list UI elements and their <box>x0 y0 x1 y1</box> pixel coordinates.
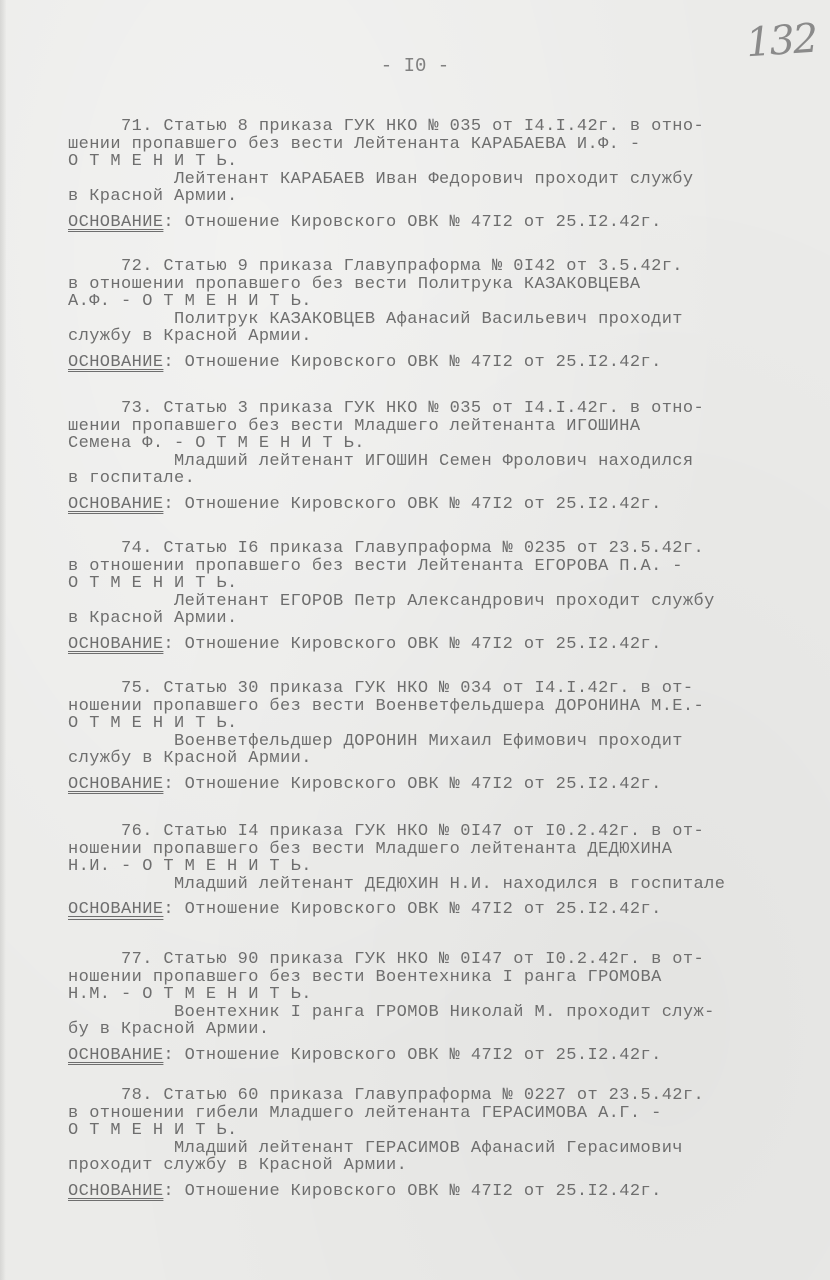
basis-text: : Отношение Кировского ОВК № 47I2 от 25.… <box>163 635 661 654</box>
entry-line: Младший лейтенант ДЕДЮХИН Н.И. находился… <box>68 876 828 894</box>
entry-line: 77. Статью 90 приказа ГУК НКО № 0I47 от … <box>68 951 828 969</box>
entry-line: в Красной Армии. <box>68 188 828 206</box>
entry-line: в госпитале. <box>68 470 828 488</box>
entry-line: в отношении гибели Младшего лейтенанта Г… <box>68 1105 828 1123</box>
entry-line: шении пропавшего без вести Младшего лейт… <box>68 418 828 436</box>
entry-line: Политрук КАЗАКОВЦЕВ Афанасий Васильевич … <box>68 311 828 329</box>
order-entry: 76. Статью I4 приказа ГУК НКО № 0I47 от … <box>68 823 828 919</box>
basis-label: ОСНОВАНИЕ <box>68 1182 163 1201</box>
basis-line: ОСНОВАНИЕ: Отношение Кировского ОВК № 47… <box>68 901 828 919</box>
basis-label: ОСНОВАНИЕ <box>68 495 163 514</box>
basis-label: ОСНОВАНИЕ <box>68 775 163 794</box>
basis-line: ОСНОВАНИЕ: Отношение Кировского ОВК № 47… <box>68 1183 828 1201</box>
entry-line: О Т М Е Н И Т Ь. <box>68 153 828 171</box>
entry-line: Лейтенант ЕГОРОВ Петр Александрович прох… <box>68 593 828 611</box>
entry-line: 72. Статью 9 приказа Главупраформа № 0I4… <box>68 258 828 276</box>
entry-line: Лейтенант КАРАБАЕВ Иван Федорович проход… <box>68 171 828 189</box>
basis-line: ОСНОВАНИЕ: Отношение Кировского ОВК № 47… <box>68 776 828 794</box>
basis-text: : Отношение Кировского ОВК № 47I2 от 25.… <box>163 495 661 514</box>
basis-text: : Отношение Кировского ОВК № 47I2 от 25.… <box>163 1182 661 1201</box>
order-entry: 78. Статью 60 приказа Главупраформа № 02… <box>68 1087 828 1200</box>
entry-line: ношении пропавшего без вести Военветфель… <box>68 698 828 716</box>
entry-line: О Т М Е Н И Т Ь. <box>68 1122 828 1140</box>
basis-label: ОСНОВАНИЕ <box>68 900 163 919</box>
order-entry: 77. Статью 90 приказа ГУК НКО № 0I47 от … <box>68 951 828 1064</box>
document-page: 132 - I0 - 71. Статью 8 приказа ГУК НКО … <box>0 0 830 1280</box>
basis-text: : Отношение Кировского ОВК № 47I2 от 25.… <box>163 900 661 919</box>
entry-line: в отношении пропавшего без вести Политру… <box>68 276 828 294</box>
basis-text: : Отношение Кировского ОВК № 47I2 от 25.… <box>163 213 661 232</box>
entry-line: службу в Красной Армии. <box>68 328 828 346</box>
entry-line: Военветфельдшер ДОРОНИН Михаил Ефимович … <box>68 733 828 751</box>
entry-line: в Красной Армии. <box>68 610 828 628</box>
entry-line: 74. Статью I6 приказа Главупраформа № 02… <box>68 540 828 558</box>
basis-line: ОСНОВАНИЕ: Отношение Кировского ОВК № 47… <box>68 354 828 372</box>
basis-text: : Отношение Кировского ОВК № 47I2 от 25.… <box>163 1046 661 1065</box>
entry-line: Семена Ф. - О Т М Е Н И Т Ь. <box>68 435 828 453</box>
order-entry: 71. Статью 8 приказа ГУК НКО № 035 от I4… <box>68 118 828 231</box>
entry-line: 71. Статью 8 приказа ГУК НКО № 035 от I4… <box>68 118 828 136</box>
basis-label: ОСНОВАНИЕ <box>68 1046 163 1065</box>
entry-line: О Т М Е Н И Т Ь. <box>68 575 828 593</box>
basis-line: ОСНОВАНИЕ: Отношение Кировского ОВК № 47… <box>68 496 828 514</box>
entry-line: службу в Красной Армии. <box>68 750 828 768</box>
entry-line: 76. Статью I4 приказа ГУК НКО № 0I47 от … <box>68 823 828 841</box>
entry-line: Младший лейтенант ИГОШИН Семен Фролович … <box>68 453 828 471</box>
entry-line: ношении пропавшего без вести Воентехника… <box>68 969 828 987</box>
page-edge-shadow <box>0 0 6 1280</box>
entry-line: 78. Статью 60 приказа Главупраформа № 02… <box>68 1087 828 1105</box>
entry-line: в отношении пропавшего без вести Лейтена… <box>68 558 828 576</box>
entry-line: бу в Красной Армии. <box>68 1021 828 1039</box>
entry-line: Н.И. - О Т М Е Н И Т Ь. <box>68 858 828 876</box>
entry-line: шении пропавшего без вести Лейтенанта КА… <box>68 136 828 154</box>
entry-line: Воентехник I ранга ГРОМОВ Николай М. про… <box>68 1004 828 1022</box>
entry-line: ношении пропавшего без вести Младшего ле… <box>68 841 828 859</box>
order-entry: 75. Статью 30 приказа ГУК НКО № 034 от I… <box>68 680 828 793</box>
entry-line: О Т М Е Н И Т Ь. <box>68 715 828 733</box>
basis-line: ОСНОВАНИЕ: Отношение Кировского ОВК № 47… <box>68 636 828 654</box>
entry-line: А.Ф. - О Т М Е Н И Т Ь. <box>68 293 828 311</box>
page-number: - I0 - <box>0 55 830 77</box>
order-entry: 74. Статью I6 приказа Главупраформа № 02… <box>68 540 828 653</box>
entry-line: Н.М. - О Т М Е Н И Т Ь. <box>68 986 828 1004</box>
basis-label: ОСНОВАНИЕ <box>68 213 163 232</box>
basis-text: : Отношение Кировского ОВК № 47I2 от 25.… <box>163 353 661 372</box>
basis-line: ОСНОВАНИЕ: Отношение Кировского ОВК № 47… <box>68 214 828 232</box>
basis-line: ОСНОВАНИЕ: Отношение Кировского ОВК № 47… <box>68 1047 828 1065</box>
entry-line: проходит службу в Красной Армии. <box>68 1157 828 1175</box>
basis-label: ОСНОВАНИЕ <box>68 635 163 654</box>
entry-line: Младший лейтенант ГЕРАСИМОВ Афанасий Гер… <box>68 1140 828 1158</box>
entry-line: 75. Статью 30 приказа ГУК НКО № 034 от I… <box>68 680 828 698</box>
basis-text: : Отношение Кировского ОВК № 47I2 от 25.… <box>163 775 661 794</box>
entry-line: 73. Статью 3 приказа ГУК НКО № 035 от I4… <box>68 400 828 418</box>
basis-label: ОСНОВАНИЕ <box>68 353 163 372</box>
order-entry: 73. Статью 3 приказа ГУК НКО № 035 от I4… <box>68 400 828 513</box>
order-entry: 72. Статью 9 приказа Главупраформа № 0I4… <box>68 258 828 371</box>
